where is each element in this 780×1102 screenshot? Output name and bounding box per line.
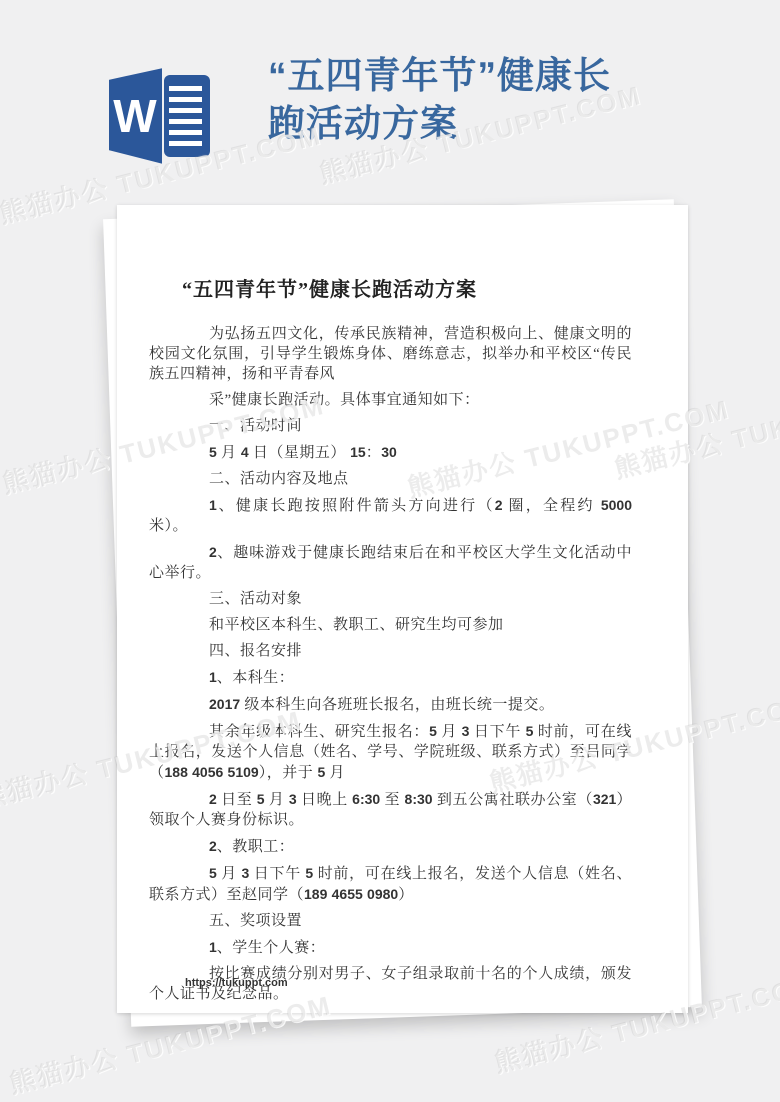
doc-paragraph: 采”健康长跑活动。具体事宜通知如下： <box>149 390 632 410</box>
doc-paragraph: 2017 级本科生向各班班长报名，由班长统一提交。 <box>149 694 632 715</box>
svg-text:W: W <box>113 90 157 142</box>
doc-paragraph: 5 月 3 日下午 5 时前，可在线上报名，发送个人信息（姓名、联系方式）至赵同… <box>149 863 632 905</box>
doc-paragraph: 为弘扬五四文化，传承民族精神，营造积极向上、健康文明的校园文化氛围，引导学生锻炼… <box>149 324 632 384</box>
header: W “五四青年节”健康长 跑活动方案 <box>0 0 780 180</box>
doc-paragraph: 2、趣味游戏于健康长跑结束后在和平校区大学生文化活动中心举行。 <box>149 542 632 583</box>
page-title-line1: “五四青年节”健康长 <box>268 52 708 100</box>
doc-paragraph: 1、健康长跑按照附件箭头方向进行（2 圈，全程约 5000 米）。 <box>149 495 632 536</box>
page-title: “五四青年节”健康长 跑活动方案 <box>268 52 708 148</box>
doc-paragraph: 五、奖项设置 <box>149 911 632 931</box>
document-body: 为弘扬五四文化，传承民族精神，营造积极向上、健康文明的校园文化氛围，引导学生锻炼… <box>149 324 632 1004</box>
document-title: “五四青年节”健康长跑活动方案 <box>182 273 632 302</box>
doc-paragraph: 2、教职工： <box>149 836 632 857</box>
doc-paragraph: 其余年级本科生、研究生报名：5 月 3 日下午 5 时前，可在线上报名，发送个人… <box>149 721 632 783</box>
footer-link[interactable]: https://tukuppt.com <box>185 977 288 989</box>
doc-paragraph: 一、活动时间 <box>149 416 632 436</box>
doc-paragraph: 2 日至 5 月 3 日晚上 6:30 至 8:30 到五公寓社联办公室（321… <box>149 789 632 830</box>
page-background: W “五四青年节”健康长 跑活动方案 “五四青年节”健康长跑活动方案 为弘扬五四… <box>0 0 780 1102</box>
doc-paragraph: 和平校区本科生、教职工、研究生均可参加 <box>149 615 632 635</box>
doc-paragraph: 四、报名安排 <box>149 641 632 661</box>
doc-paragraph: 5 月 4 日（星期五） 15：30 <box>149 442 632 463</box>
ms-word-icon: W <box>108 66 210 166</box>
doc-paragraph: 1、学生个人赛： <box>149 937 632 958</box>
ms-word-icon-svg: W <box>108 66 210 166</box>
doc-paragraph: 三、活动对象 <box>149 589 632 609</box>
doc-paragraph: 二、活动内容及地点 <box>149 469 632 489</box>
page-title-line2: 跑活动方案 <box>268 100 708 148</box>
doc-paragraph: 1、本科生： <box>149 667 632 688</box>
document-page: “五四青年节”健康长跑活动方案 为弘扬五四文化，传承民族精神，营造积极向上、健康… <box>117 205 688 1013</box>
